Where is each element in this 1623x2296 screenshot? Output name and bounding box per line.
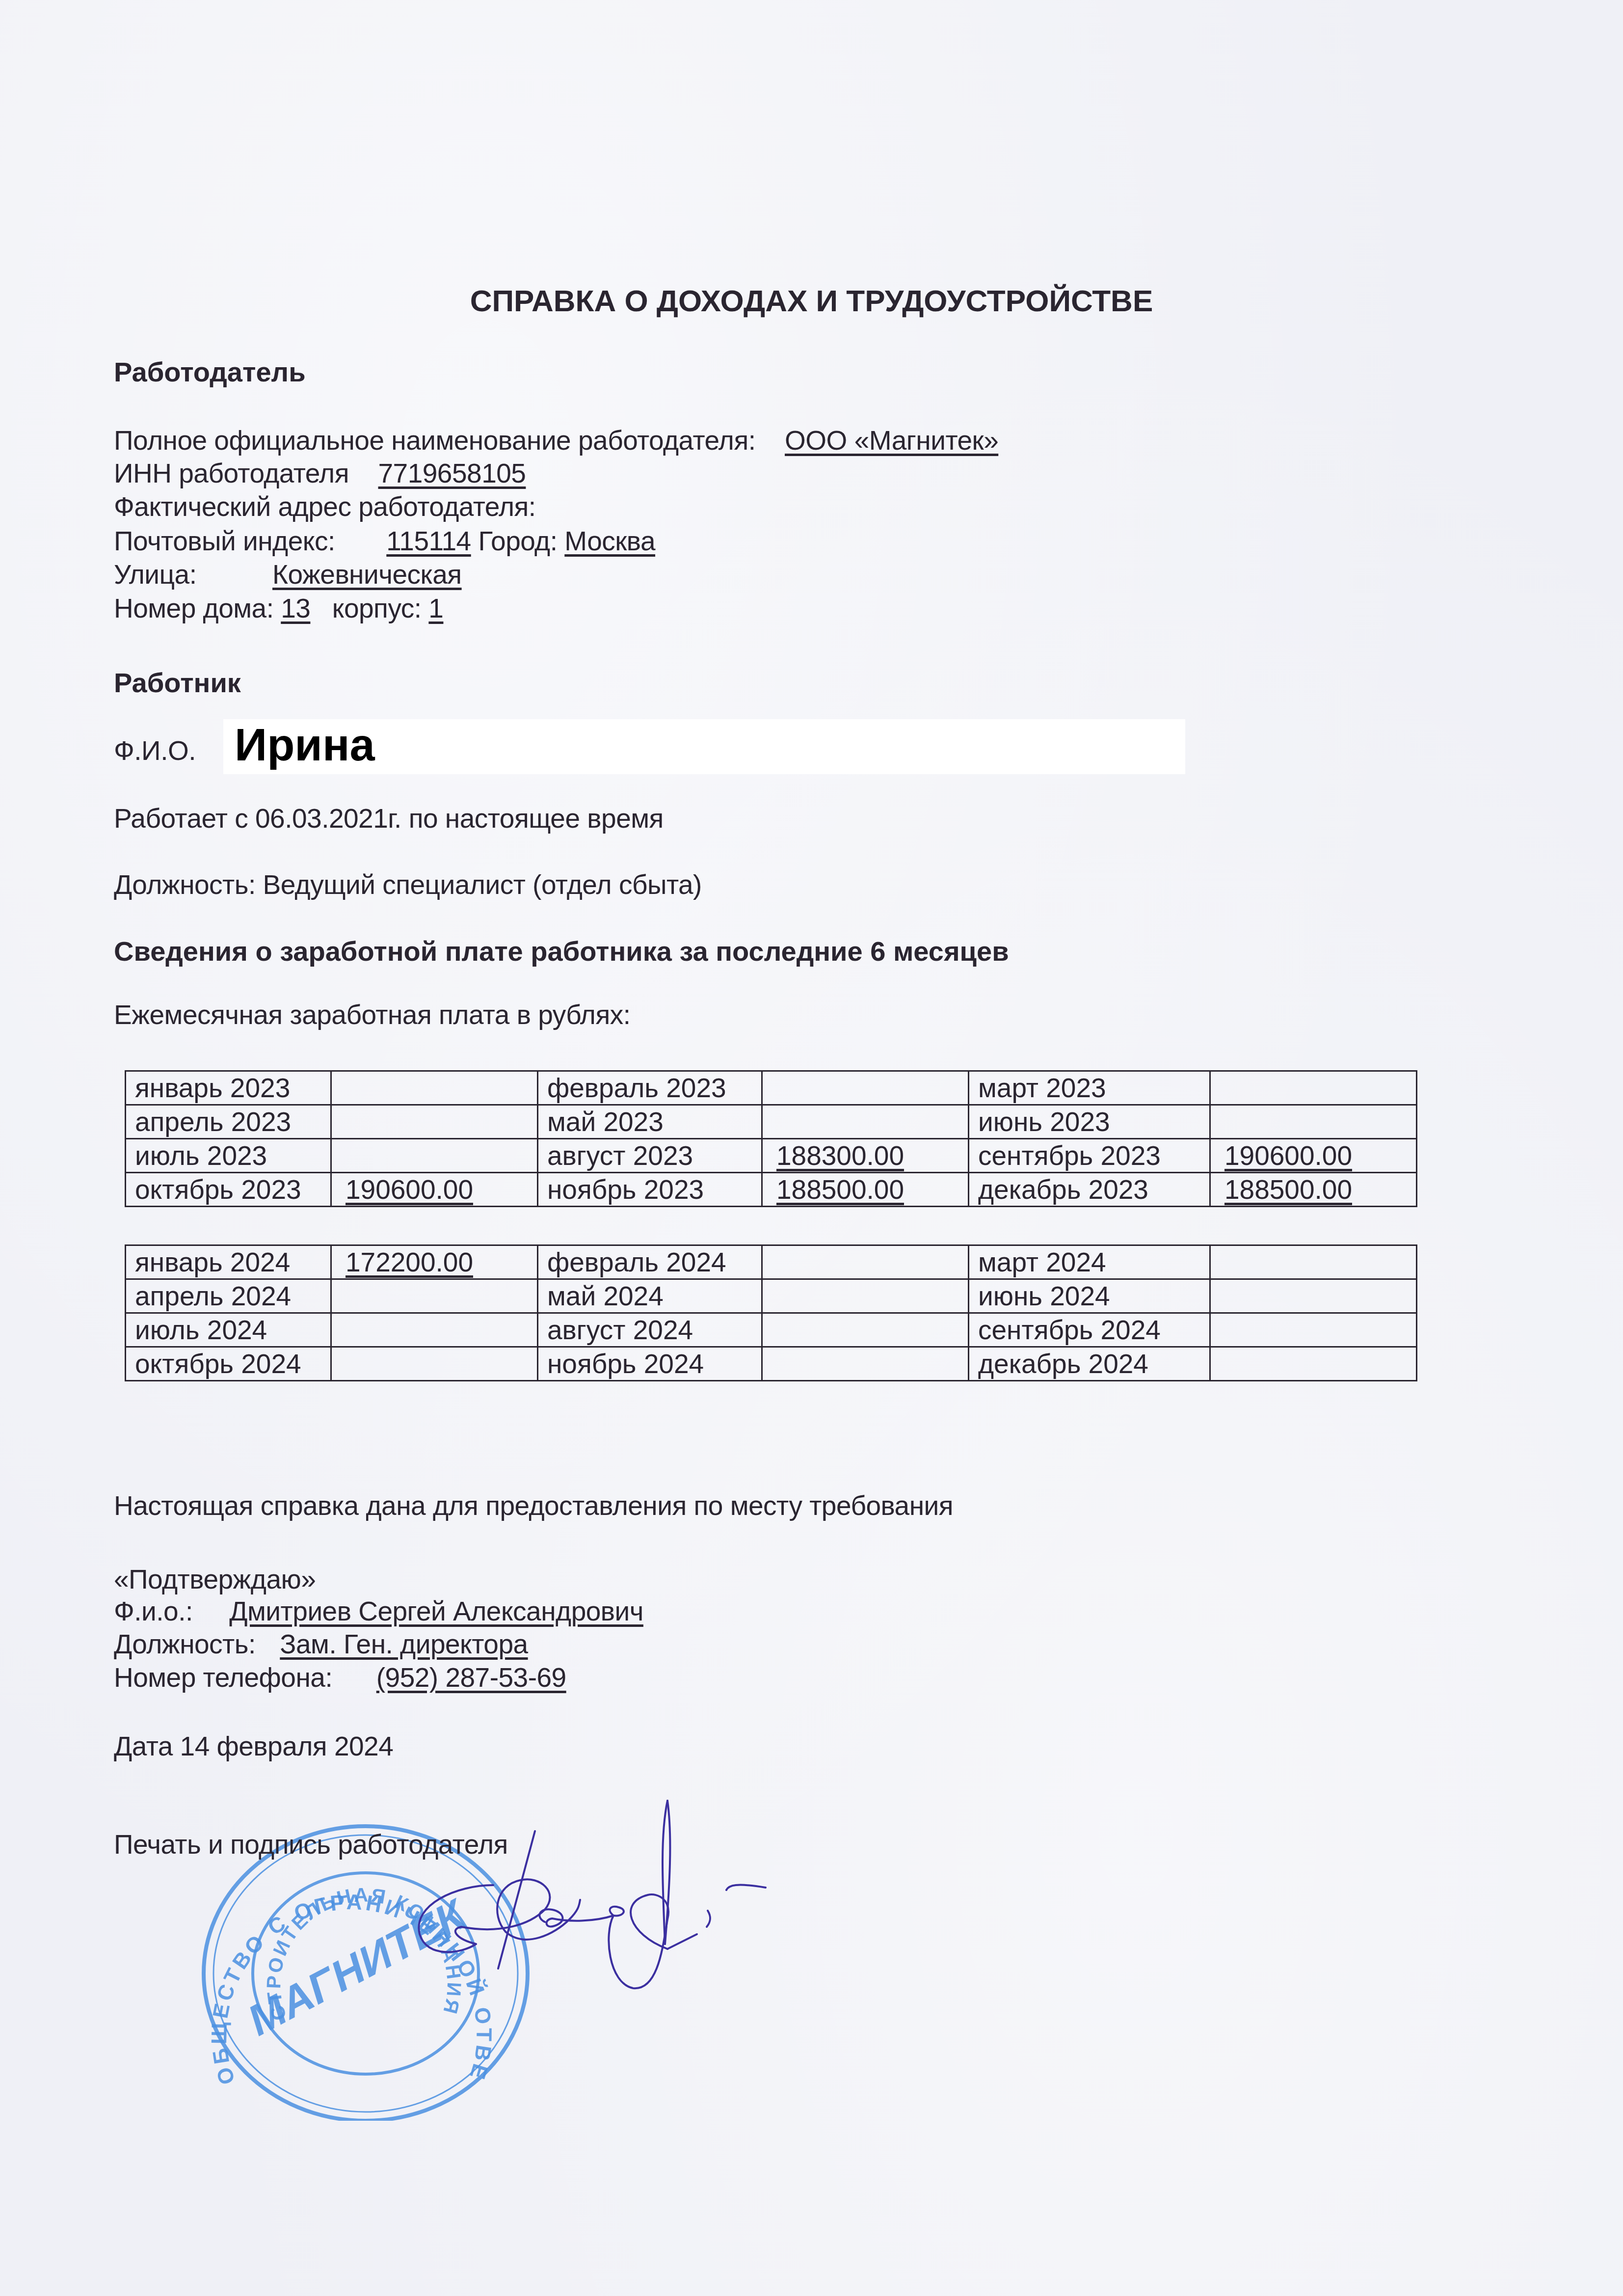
month-cell: январь 2024 <box>126 1245 331 1279</box>
salary-value-cell <box>762 1313 969 1347</box>
employer-street-row: Улица: Кожевническая <box>114 561 462 588</box>
salary-value: 188500.00 <box>1224 1174 1352 1205</box>
table-row: январь 2024172200.00февраль 2024март 202… <box>126 1245 1417 1279</box>
salary-value-cell <box>1210 1279 1417 1313</box>
salary-table-2023: январь 2023февраль 2023март 2023апрель 2… <box>125 1070 1417 1207</box>
salary-value-cell <box>762 1245 969 1279</box>
employee-fio-label: Ф.И.О. <box>114 737 196 764</box>
salary-value-cell <box>331 1313 538 1347</box>
salary-value-cell: 190600.00 <box>331 1173 538 1207</box>
signer-position-value: Зам. Ген. директора <box>280 1629 528 1659</box>
month-cell: март 2024 <box>969 1245 1210 1279</box>
document-date: Дата 14 февраля 2024 <box>114 1733 393 1760</box>
month-cell: октябрь 2023 <box>126 1173 331 1207</box>
signer-phone-value: (952) 287-53-69 <box>376 1662 566 1693</box>
employer-heading: Работодатель <box>114 356 306 388</box>
employer-full-name-label: Полное официальное наименование работода… <box>114 425 755 456</box>
salary-value-cell: 190600.00 <box>1210 1139 1417 1173</box>
signature <box>383 1787 785 1993</box>
salary-value-cell: 188300.00 <box>762 1139 969 1173</box>
salary-value-cell <box>331 1139 538 1173</box>
month-cell: февраль 2024 <box>538 1245 762 1279</box>
month-cell: апрель 2023 <box>126 1105 331 1139</box>
city-value: Москва <box>564 526 655 556</box>
salary-value-cell <box>762 1347 969 1381</box>
building-label: корпус: <box>332 593 422 623</box>
employer-postal-row: Почтовый индекс: 115114 Город: Москва <box>114 528 655 555</box>
signer-fio-value: Дмитриев Сергей Александрович <box>229 1596 643 1626</box>
salary-value-cell <box>1210 1105 1417 1139</box>
month-cell: май 2023 <box>538 1105 762 1139</box>
table-row: апрель 2023май 2023июнь 2023 <box>126 1105 1417 1139</box>
salary-value-cell: 172200.00 <box>331 1245 538 1279</box>
salary-value-cell <box>1210 1245 1417 1279</box>
city-label: Город: <box>478 526 557 556</box>
salary-heading: Сведения о заработной плате работника за… <box>114 935 1009 967</box>
salary-value: 190600.00 <box>1224 1140 1352 1171</box>
month-cell: август 2024 <box>538 1313 762 1347</box>
building-value: 1 <box>428 593 443 623</box>
salary-subheading: Ежемесячная заработная плата в рублях: <box>114 1001 630 1028</box>
month-cell: декабрь 2024 <box>969 1347 1210 1381</box>
employer-inn-row: ИНН работодателя 7719658105 <box>114 460 526 487</box>
salary-table-2024: январь 2024172200.00февраль 2024март 202… <box>125 1244 1417 1381</box>
table-row: апрель 2024май 2024июнь 2024 <box>126 1279 1417 1313</box>
month-cell: июнь 2023 <box>969 1105 1210 1139</box>
house-label: Номер дома: <box>114 593 273 623</box>
month-cell: июль 2023 <box>126 1139 331 1173</box>
salary-value-cell <box>1210 1071 1417 1105</box>
salary-value-cell: 188500.00 <box>1210 1173 1417 1207</box>
employee-heading: Работник <box>114 667 241 699</box>
employer-full-name-row: Полное официальное наименование работода… <box>114 427 998 454</box>
salary-value-cell: 188500.00 <box>762 1173 969 1207</box>
month-cell: ноябрь 2024 <box>538 1347 762 1381</box>
table-row: июль 2023август 2023188300.00сентябрь 20… <box>126 1139 1417 1173</box>
house-value: 13 <box>281 593 310 623</box>
signer-fio-row: Ф.и.о.: Дмитриев Сергей Александрович <box>114 1598 643 1625</box>
signer-position-label: Должность: <box>114 1629 256 1659</box>
salary-value: 172200.00 <box>346 1247 473 1277</box>
salary-value-cell <box>1210 1347 1417 1381</box>
salary-value-cell <box>331 1347 538 1381</box>
salary-value: 188300.00 <box>776 1140 904 1171</box>
month-cell: май 2024 <box>538 1279 762 1313</box>
confirm-text: «Подтверждаю» <box>114 1566 316 1593</box>
salary-value: 190600.00 <box>346 1174 473 1205</box>
salary-value-cell <box>762 1279 969 1313</box>
purpose-text: Настоящая справка дана для предоставлени… <box>114 1492 953 1519</box>
month-cell: апрель 2024 <box>126 1279 331 1313</box>
street-value: Кожевническая <box>272 559 462 590</box>
month-cell: октябрь 2024 <box>126 1347 331 1381</box>
postal-label: Почтовый индекс: <box>114 526 335 556</box>
month-cell: декабрь 2023 <box>969 1173 1210 1207</box>
month-cell: сентябрь 2023 <box>969 1139 1210 1173</box>
employee-position: Должность: Ведущий специалист (отдел сбы… <box>114 871 702 898</box>
salary-value-cell <box>762 1105 969 1139</box>
signer-phone-label: Номер телефона: <box>114 1662 332 1693</box>
salary-value-cell <box>1210 1313 1417 1347</box>
employee-employed-since: Работает с 06.03.2021г. по настоящее вре… <box>114 805 664 832</box>
employer-inn-label: ИНН работодателя <box>114 458 349 488</box>
employer-house-row: Номер дома: 13 корпус: 1 <box>114 595 443 622</box>
document-title: СПРАВКА О ДОХОДАХ И ТРУДОУСТРОЙСТВЕ <box>0 284 1623 319</box>
month-cell: сентябрь 2024 <box>969 1313 1210 1347</box>
postal-value: 115114 <box>386 526 471 556</box>
salary-value-cell <box>331 1105 538 1139</box>
salary-value-cell <box>762 1071 969 1105</box>
table-row: январь 2023февраль 2023март 2023 <box>126 1071 1417 1105</box>
signer-fio-label: Ф.и.о.: <box>114 1596 193 1626</box>
employee-fio-value: Ирина <box>235 720 375 771</box>
table-row: октябрь 2023190600.00ноябрь 2023188500.0… <box>126 1173 1417 1207</box>
employer-inn-value: 7719658105 <box>378 458 526 488</box>
month-cell: август 2023 <box>538 1139 762 1173</box>
table-row: октябрь 2024ноябрь 2024декабрь 2024 <box>126 1347 1417 1381</box>
month-cell: март 2023 <box>969 1071 1210 1105</box>
street-label: Улица: <box>114 559 196 590</box>
month-cell: июнь 2024 <box>969 1279 1210 1313</box>
salary-value-cell <box>331 1071 538 1105</box>
employer-address-label: Фактический адрес работодателя: <box>114 493 536 520</box>
employer-full-name-value: ООО «Магнитек» <box>785 425 998 456</box>
seal-signature-label: Печать и подпись работодателя <box>114 1831 508 1858</box>
table-row: июль 2024август 2024сентябрь 2024 <box>126 1313 1417 1347</box>
salary-value-cell <box>331 1279 538 1313</box>
salary-value: 188500.00 <box>776 1174 904 1205</box>
signer-position-row: Должность: Зам. Ген. директора <box>114 1631 528 1658</box>
month-cell: январь 2023 <box>126 1071 331 1105</box>
month-cell: июль 2024 <box>126 1313 331 1347</box>
signer-phone-row: Номер телефона: (952) 287-53-69 <box>114 1664 566 1691</box>
month-cell: ноябрь 2023 <box>538 1173 762 1207</box>
month-cell: февраль 2023 <box>538 1071 762 1105</box>
